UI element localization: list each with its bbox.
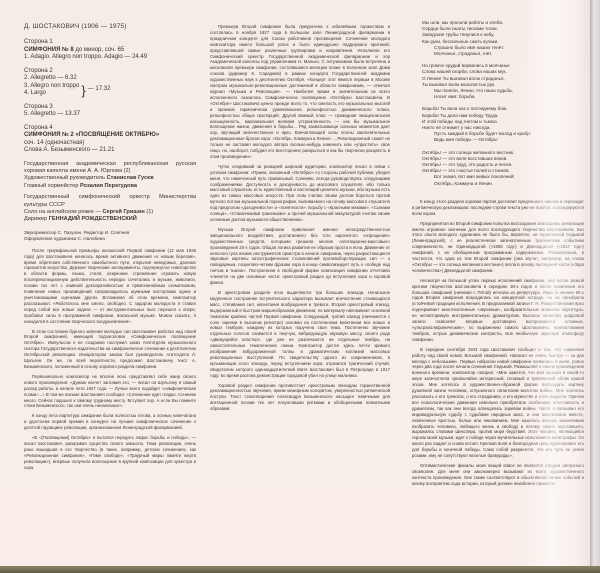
paragraph: После триумфальной премьеры юношеской Пе… [24,248,196,325]
art-director: Художественный руководитель Станислав Гу… [24,175,196,182]
poem-line: Ведь имя победы — Октябрь! [422,137,584,143]
orchestra: Государственный симфонический оркестр Ми… [24,194,196,209]
composer-heading: Д. ШОСТАКОВИЧ (1906 — 1975) [24,23,196,31]
track: 2. Allegretto — 6.32 [24,75,196,83]
poem-line: Октябрь, Коммуна и Ленин. [422,181,584,187]
choirmaster: Главный хормейстер Розалия Перегудова [24,183,196,190]
paragraph: Чутко следивший за реакцией широкой ауди… [210,164,390,223]
paragraph: Оптимистические финалы моих вещей вовсе … [412,463,584,487]
brace-icon: } [81,84,85,97]
sleeve-edge [590,0,600,573]
poem-line: Носит имя: борьба. [422,94,584,100]
paragraph: Предпринятая во Второй симфонии попытка … [412,221,584,274]
paragraph: Несмотря на большой успех первых исполне… [412,278,584,343]
group-duration: — 17.32 [88,86,111,94]
column-2: Премьера Второй симфонии была приурочена… [210,24,390,416]
album-back-cover: Д. ШОСТАКОВИЧ (1906 — 1975) Сторона 1 СИ… [0,0,590,566]
track: 3. Allegro non troppo [24,83,79,91]
poem-stanza: Октябрь! — это солнца желанного вестник.… [422,150,584,187]
side-2: Сторона 2 2. Allegretto — 6.32 3. Allegr… [24,68,196,98]
table-edge [0,566,600,573]
paragraph: Премьера Второй симфонии была приурочена… [210,24,390,160]
choir: Государственная академическая республика… [24,161,196,176]
side-label: Сторона 1 [24,39,196,47]
paragraph: К концу этого раздела хоровая партия дос… [412,199,584,217]
paragraph: К концу лета партитура симфонии была пол… [24,413,196,431]
column-3: Мы шли, мы просили работы и хлеба.Сердца… [412,24,584,491]
side-label: Сторона 2 [24,68,196,76]
side-3: Сторона 3 5. Allegretto — 13.37 [24,104,196,119]
paragraph: В середине сентября 1943 года Шостакович… [412,347,584,459]
paragraph: «В «[Посвящении] Октябрю» я пытался пере… [24,435,196,470]
work-title: СИМФОНИЯ № 8 до минор, соч. 65 [24,47,196,55]
conductor: Дирижер ГЕННАДИЙ РОЖДЕСТВЕНСКИЙ [24,216,196,223]
production-credits: Звукорежиссер С. Пазухин. Редактор И. Сл… [24,230,196,242]
paragraph: В этом состоянии бурного кипения молодых… [24,329,196,370]
poem-stanza: Мы шли, мы просили работы и хлеба.Сердца… [422,20,584,57]
track: 5. Allegretto — 13.37 [24,111,196,119]
performers: Государственная академическая республика… [24,161,196,224]
track: 4. Largo [24,90,79,98]
liner-notes-col1: После триумфальной премьеры юношеской Пе… [24,248,196,471]
paragraph: Первоначально композитор не вполне ясно … [24,374,196,409]
side-label: Сторона 4 [24,125,196,133]
side-label: Сторона 3 [24,104,196,112]
poem-stanza: Борьба! Ты вела нас к последнему бою.Бор… [422,106,584,143]
side-4: Сторона 4 СИМФОНИЯ № 2 «ПОСВЯЩЕНИЕ ОКТЯБ… [24,125,196,155]
work-line: соч. 14 (одночастная) [24,140,196,148]
work-line: Слова А. Безыменского — 21.21 [24,147,196,155]
column-1: Д. ШОСТАКОВИЧ (1906 — 1975) Сторона 1 СИ… [24,0,196,474]
track: 1. Adagio. Allegro non troppo. Adagio — … [24,54,196,62]
work-title: СИМФОНИЯ № 2 «ПОСВЯЩЕНИЕ ОКТЯБРЮ» [24,132,196,140]
paragraph: Музыка Второй симфонии привлекает именно… [210,227,390,286]
poem: Мы шли, мы просили работы и хлеба.Сердца… [422,20,584,187]
side-1: Сторона 1 СИМФОНИЯ № 8 до минор, соч. 65… [24,39,196,62]
poem-line: Молчанье, страданья, гнёт. [422,51,584,57]
track-group: 3. Allegro non troppo 4. Largo } — 17.32 [24,83,196,98]
paragraph: Хоровой раздел симфонии противостоит орк… [210,383,390,413]
paragraph: В оркестровом разделе ясно выделяются тр… [210,290,390,379]
poem-stanza: Но громче орудий ворвались в молчаньеСло… [422,63,584,100]
